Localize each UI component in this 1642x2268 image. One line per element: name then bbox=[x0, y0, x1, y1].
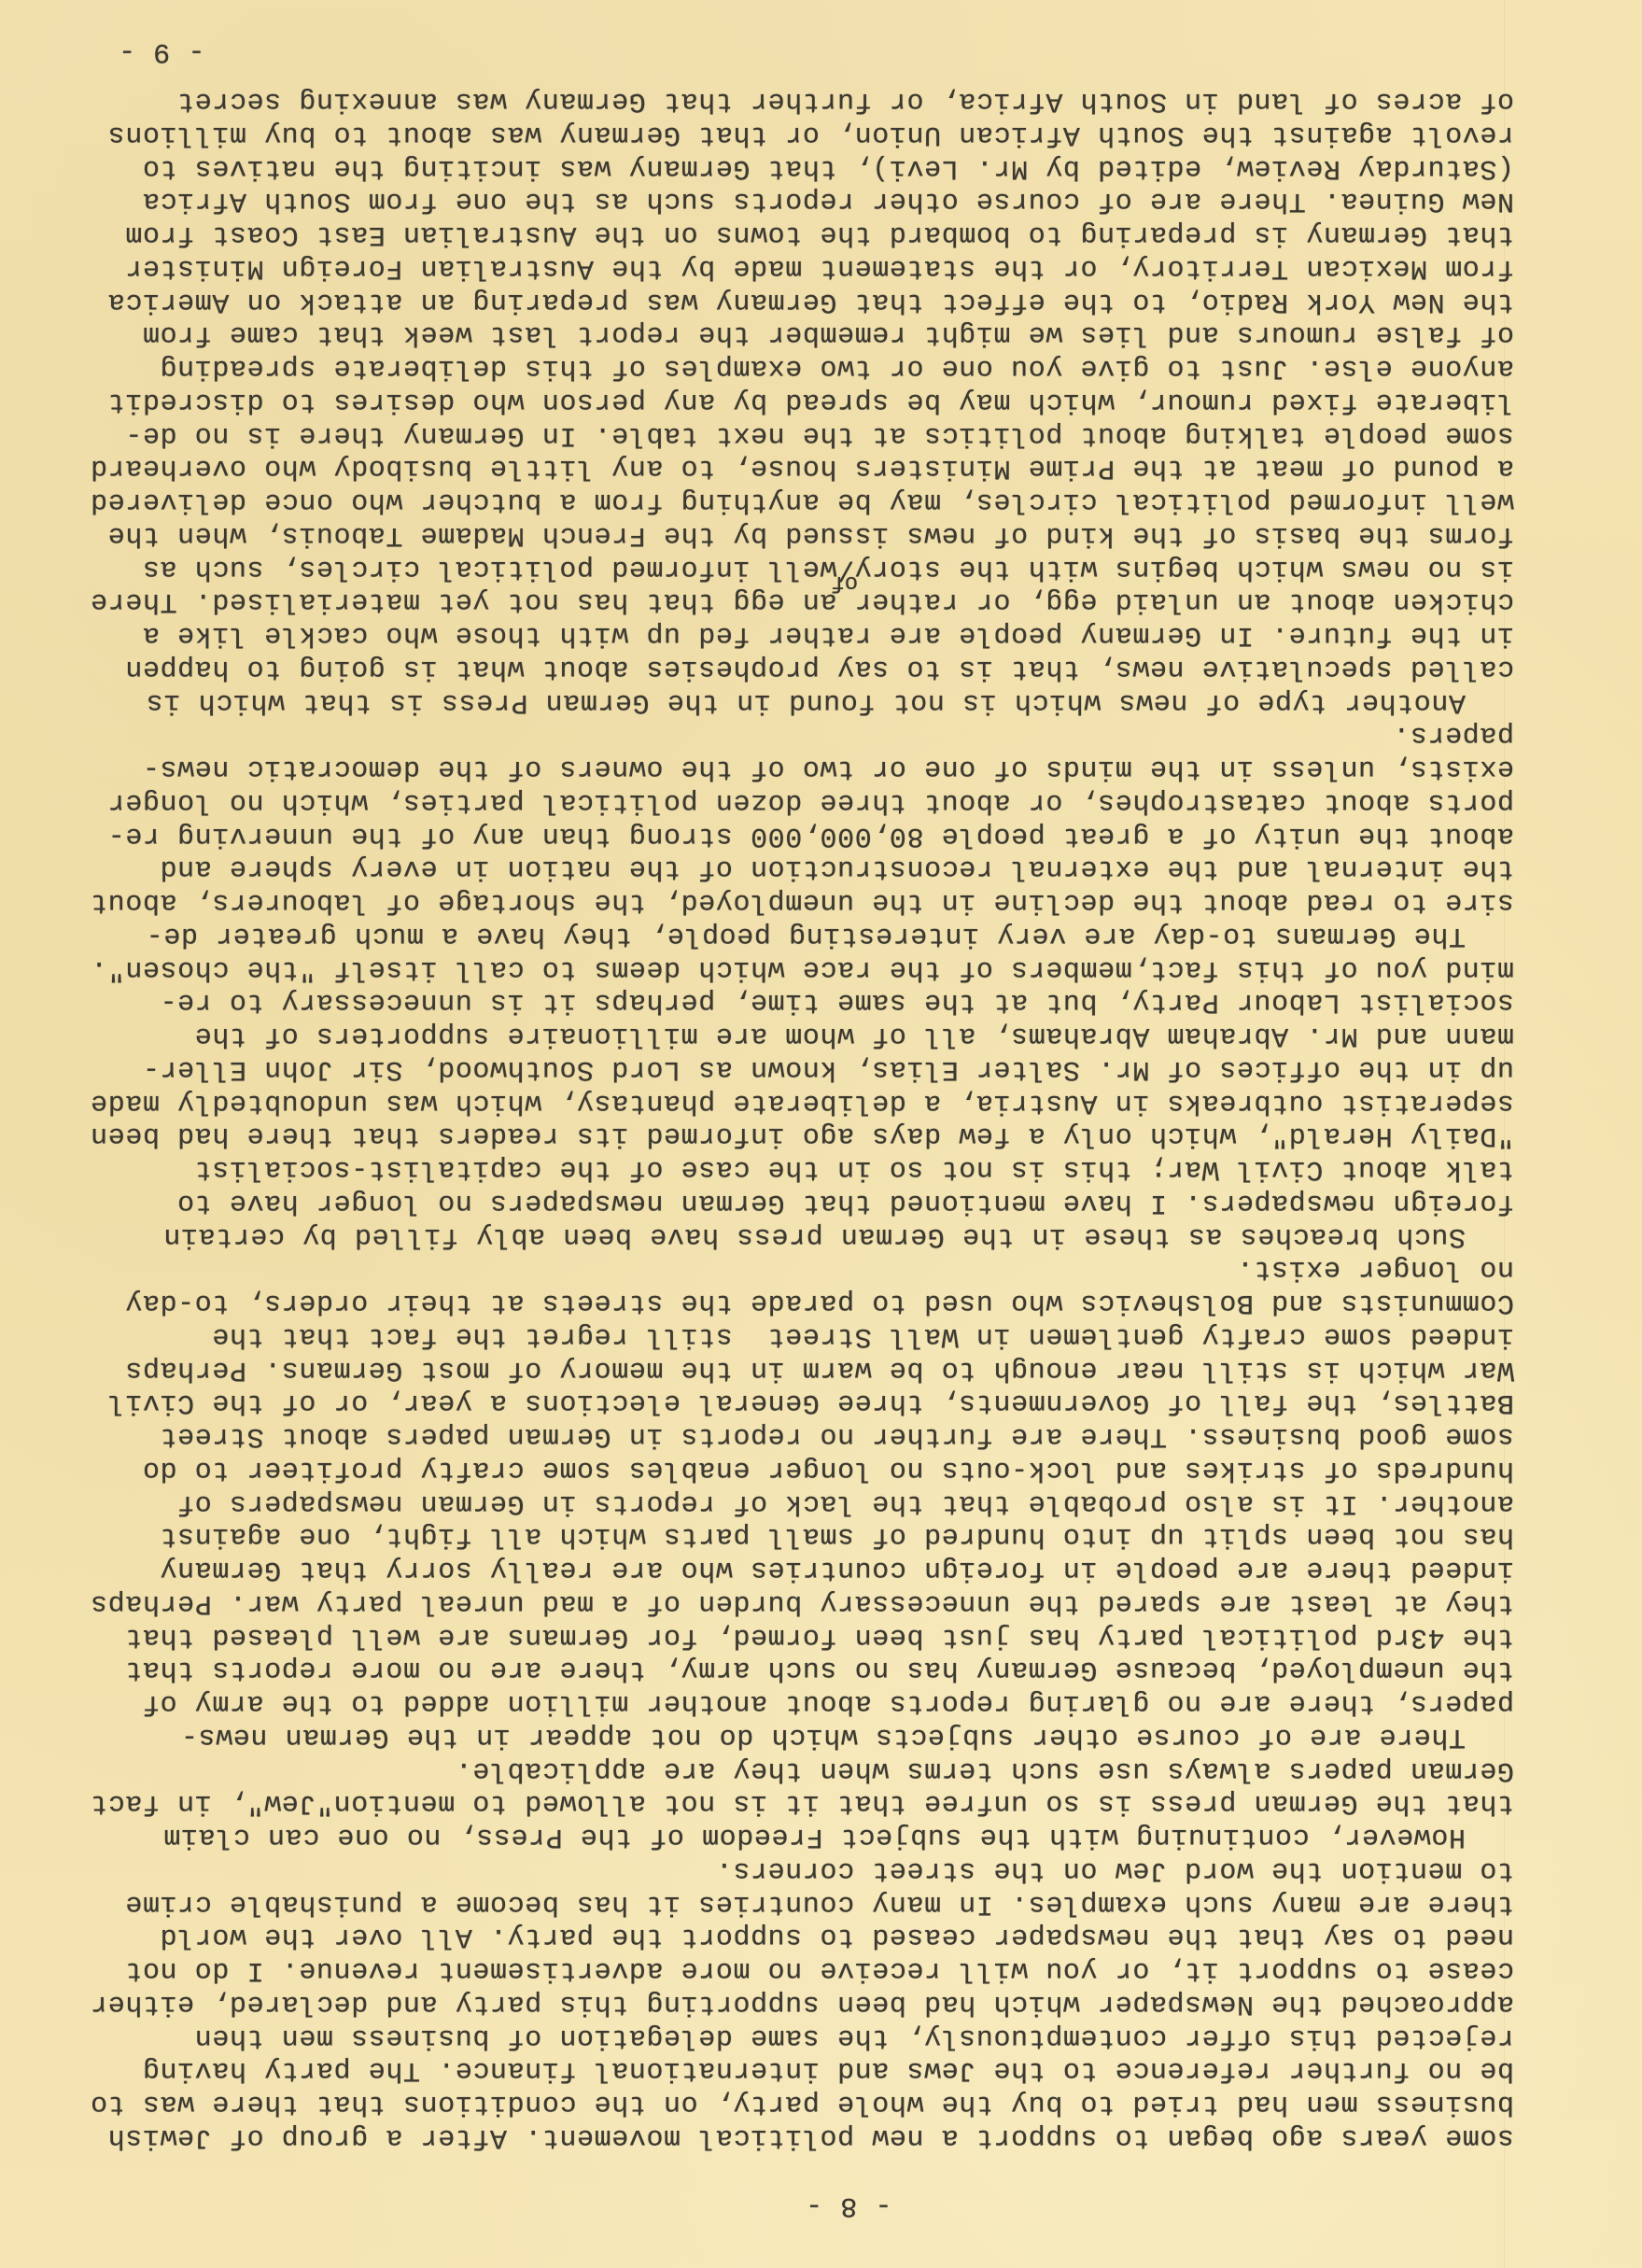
text-line: some years ago began to support a new po… bbox=[11, 2120, 1514, 2153]
handwritten-insertion: of bbox=[831, 571, 858, 593]
document-body-text: some years ago began to support a new po… bbox=[11, 84, 1514, 2154]
text-line: German papers always use such terms when… bbox=[11, 1753, 1514, 1786]
text-line: talk about Civil War; this is not so in … bbox=[11, 1152, 1514, 1186]
text-segment: well informed political circles, such as bbox=[142, 553, 836, 585]
text-line: liberate fixed rumour, which may be spre… bbox=[11, 384, 1514, 417]
text-line: indeed there are people in foreign count… bbox=[11, 1553, 1514, 1586]
page-number-8: - 8 - bbox=[805, 2189, 891, 2222]
text-line: cease to support it, or you will receive… bbox=[11, 1953, 1514, 1987]
text-line: has not been split up into hundred of sm… bbox=[11, 1519, 1514, 1553]
text-line: chicken about an unlaid egg, or rather a… bbox=[11, 585, 1514, 618]
text-line: rejected this offer contemptuously, the … bbox=[11, 2020, 1514, 2053]
paragraph-first-line: There are of course other subjects which… bbox=[11, 1719, 1514, 1753]
text-line: well informed political circles, may be … bbox=[11, 485, 1514, 518]
text-line: the 43rd political party has just been f… bbox=[11, 1619, 1514, 1653]
text-line: no longer exist. bbox=[11, 1252, 1514, 1286]
next-page-number-9: - 9 - bbox=[118, 35, 204, 68]
text-line: (Saturday Review, edited by Mr. Levi), t… bbox=[11, 150, 1514, 184]
text-line: of acres of land in South Africa, or fur… bbox=[11, 84, 1514, 118]
text-line: of false rumours and lies we might remem… bbox=[11, 317, 1514, 351]
text-line: there are many such examples. In many co… bbox=[11, 1886, 1514, 1920]
text-line: anyone else. Just to give you one or two… bbox=[11, 351, 1514, 385]
text-line: exists, unless in the minds of one or tw… bbox=[11, 752, 1514, 785]
text-line: mann and Mr. Abraham Abrahams, all of wh… bbox=[11, 1019, 1514, 1052]
text-line: "Daily Herald", which only a few days ag… bbox=[11, 1119, 1514, 1152]
insertion-mark: /of bbox=[836, 553, 854, 585]
text-line: indeed some crafty gentlemen in Wall Str… bbox=[11, 1318, 1514, 1352]
text-line: in the future. In Germany people are rat… bbox=[11, 618, 1514, 652]
text-line: approached the Newspaper which had been … bbox=[11, 1986, 1514, 2020]
text-line: another. It is also probable that the la… bbox=[11, 1486, 1514, 1519]
paragraph-first-line: Another type of news which is not found … bbox=[11, 684, 1514, 718]
text-line: up in the offices of Mr. Salter Elias, k… bbox=[11, 1051, 1514, 1085]
text-line: foreign newspapers. I have mentioned tha… bbox=[11, 1185, 1514, 1219]
text-line: ports about catastrophes, or about three… bbox=[11, 784, 1514, 818]
text-line: seperatist outbreaks in Austria, a delib… bbox=[11, 1085, 1514, 1119]
text-line: called speculative news, that is to say … bbox=[11, 651, 1514, 684]
text-line: is no news which begins with the story/o… bbox=[11, 551, 1514, 585]
text-line: about the unity of a great people 80,000… bbox=[11, 818, 1514, 852]
text-line: sire to read about the decline in the un… bbox=[11, 885, 1514, 919]
text-line: socialist Labour Party, but at the same … bbox=[11, 985, 1514, 1019]
text-line: Communists and Bolshevics who used to pa… bbox=[11, 1286, 1514, 1319]
text-line: revolt against the South African Union, … bbox=[11, 117, 1514, 150]
text-line: papers, there are no glaring reports abo… bbox=[11, 1686, 1514, 1720]
text-line: the New York Radio, to the effect that G… bbox=[11, 284, 1514, 317]
text-line: Battles, the fall of Governments, three … bbox=[11, 1386, 1514, 1419]
text-line: be no further reference to the Jews and … bbox=[11, 2053, 1514, 2087]
text-line: from Mexican Territory, or the statement… bbox=[11, 250, 1514, 284]
text-line: the internal and the external reconstruc… bbox=[11, 852, 1514, 885]
text-line: New Guinea. There are of course other re… bbox=[11, 184, 1514, 218]
paragraph-first-line: The Germans to-day are very interesting … bbox=[11, 918, 1514, 951]
paragraph-first-line: However, continuing with the subject Fre… bbox=[11, 1820, 1514, 1853]
text-line: a pound of meat at the Prime Ministers h… bbox=[11, 451, 1514, 485]
text-line: some good business. There are further no… bbox=[11, 1419, 1514, 1453]
paragraph-first-line: Such breaches as these in the German pre… bbox=[11, 1219, 1514, 1252]
text-line: War which is still near enough to be war… bbox=[11, 1352, 1514, 1386]
text-line: that Germany is preparing to bombard the… bbox=[11, 218, 1514, 251]
text-segment: is no news which begins with the story bbox=[854, 553, 1514, 585]
text-line: need to say that the newspaper ceased to… bbox=[11, 1920, 1514, 1953]
text-line: business men had tried to buy the whole … bbox=[11, 2087, 1514, 2120]
text-line: some people talking about politics at th… bbox=[11, 417, 1514, 451]
text-line: that the German press is so unfree that … bbox=[11, 1786, 1514, 1820]
text-line: mind you of this fact,members of the rac… bbox=[11, 951, 1514, 985]
scanned-typewritten-page: - 8 - some years ago began to support a … bbox=[0, 0, 1642, 2268]
text-line: the unemployed, because Germany has no s… bbox=[11, 1653, 1514, 1686]
text-line: to mention the word Jew on the street co… bbox=[11, 1852, 1514, 1886]
text-line: papers. bbox=[11, 718, 1514, 752]
text-line: hundreds of strikes and lock-outs no lon… bbox=[11, 1452, 1514, 1486]
text-line: forms the basis of the kind of news issu… bbox=[11, 517, 1514, 551]
text-line: they at least are spared the unnecessary… bbox=[11, 1585, 1514, 1619]
